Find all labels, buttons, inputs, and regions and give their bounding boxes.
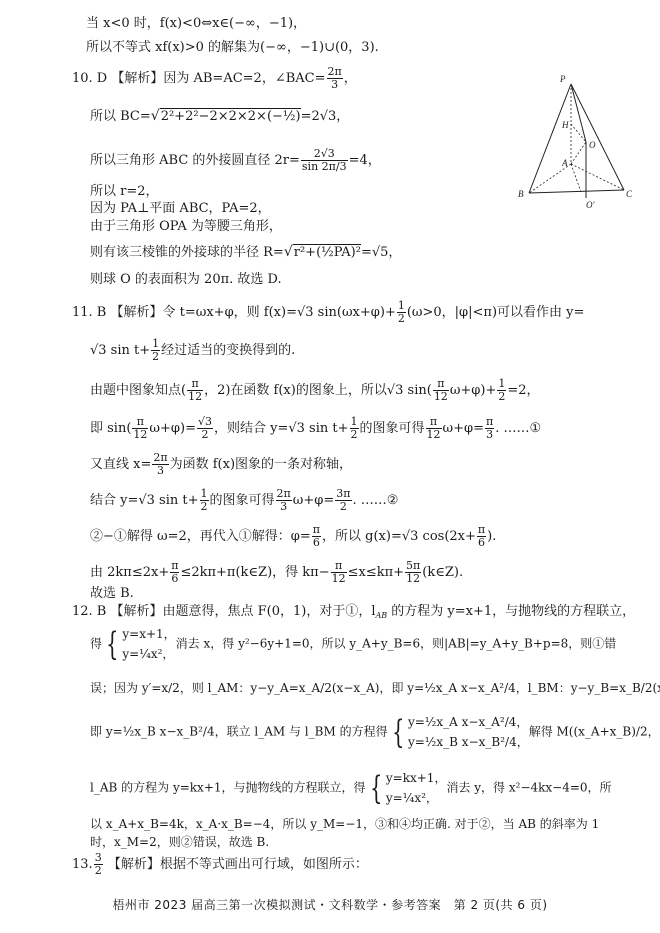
text: ≤x≤kπ+ — [348, 565, 404, 580]
q12-line2: 得{y=x+1，y=¼x²，消去 x，得 y²−6y+1=0，所以 y_A+y_… — [90, 624, 616, 664]
fraction: π12 — [433, 378, 449, 403]
equation-system: y=x+1，y=¼x²， — [122, 624, 175, 664]
text: 则有该三棱锥的外接球的半径 R= — [90, 245, 284, 260]
q11-line7: ②−①解得 ω=2，再代入①解得：φ=π6，所以 g(x)=√3 cos(2x+… — [90, 524, 496, 549]
fraction: 12 — [151, 338, 160, 363]
q11-line8: 由 2kπ≤2x+π6≤2kπ+π(k∈Z)，得 kπ−π12≤x≤kπ+5π1… — [90, 560, 463, 585]
q10-header: 10. D 【解析】因为 AB=AC=2，∠BAC=2π3， — [72, 66, 357, 91]
text-line: 当 x<0 时，f(x)<0⇔x∈(−∞，−1)， — [86, 16, 306, 32]
text-line: 由于三角形 OPA 为等腰三角形， — [90, 219, 282, 235]
text: (ω>0，|φ|<π)可以看作由 y= — [407, 305, 585, 320]
fraction: π6 — [477, 524, 486, 549]
question-number: 13. — [72, 857, 93, 872]
text-line: 以 x_A+x_B=4k，x_A·x_B=−4，所以 y_M=−1，③和④均正确… — [90, 816, 599, 832]
fraction: π12 — [132, 416, 148, 441]
fraction: 3π2 — [335, 488, 351, 513]
svg-text:O: O — [589, 140, 596, 150]
text: 结合 y=√3 sin t+ — [90, 493, 199, 508]
subscript: AB — [376, 611, 388, 620]
svg-text:H: H — [561, 120, 569, 130]
fraction: π3 — [485, 416, 494, 441]
q10-radius: 则有该三棱锥的外接球的半径 R=√r²+(½PA)²=√5， — [90, 244, 401, 261]
svg-text:O′: O′ — [586, 200, 595, 210]
text: 的图象可得 — [210, 493, 275, 508]
q13-header: 13.32 【解析】根据不等式画出可行域，如图所示： — [72, 852, 368, 877]
text: ). — [487, 529, 496, 544]
text: (k∈Z). — [422, 565, 463, 580]
text: ，所以 g(x)=√3 cos(2x+ — [322, 529, 476, 544]
fraction: π12 — [331, 560, 347, 585]
text: 解得 M((x_A+x_B)/2，(x_A·x_B)/4). 设 — [529, 725, 660, 739]
text: l_AB 的方程为 y=kx+1，与抛物线的方程联立，得 — [90, 781, 366, 795]
fraction: π12 — [426, 416, 442, 441]
text: 消去 x，得 y²−6y+1=0，所以 y_A+y_B=6，则|AB|=y_A+… — [176, 637, 617, 651]
text: ②−①解得 ω=2，再代入①解得：φ= — [90, 529, 311, 544]
text: 12. B 【解析】由题意得，焦点 F(0，1)，对于①，l — [72, 604, 376, 619]
fraction: 12 — [350, 416, 359, 441]
fraction: π12 — [187, 378, 203, 403]
text-line: 则球 O 的表面积为 20π. 故选 D. — [90, 272, 282, 288]
text: 所以三角形 ABC 的外接圆直径 2r= — [90, 153, 300, 168]
svg-text:A: A — [561, 158, 568, 168]
q12-line5: l_AB 的方程为 y=kx+1，与抛物线的方程联立，得{y=kx+1，y=¼x… — [90, 768, 612, 808]
text: √3 sin t+ — [90, 343, 150, 358]
equation-system: y=½x_A x−x_A²/4，y=½x_B x−x_B²/4， — [408, 712, 529, 752]
text: 的图象可得 — [360, 421, 425, 436]
text: . ……② — [353, 493, 399, 508]
fraction: 12 — [497, 378, 506, 403]
fraction: 2π3 — [152, 452, 168, 477]
fraction: 2π3 — [327, 66, 343, 91]
fraction: 12 — [200, 488, 209, 513]
svg-text:B: B — [518, 189, 524, 199]
text: 又直线 x= — [90, 457, 151, 472]
text: 即 sin( — [90, 421, 131, 436]
radicand: r²+(½PA)² — [293, 244, 361, 260]
text: 【解析】根据不等式画出可行域，如图所示： — [108, 857, 368, 872]
q11-line6: 结合 y=√3 sin t+12的图象可得2π3ω+φ=3π2. ……② — [90, 488, 398, 513]
q11-line5: 又直线 x=2π3为函数 f(x)图象的一条对称轴， — [90, 452, 352, 477]
q10-label: 10. D 【解析】因为 AB=AC=2，∠BAC= — [72, 71, 326, 86]
q12-header: 12. B 【解析】由题意得，焦点 F(0，1)，对于①，lAB 的方程为 y=… — [72, 604, 635, 624]
text-line: 时，x_M=2，则②错误，故选 B. — [90, 834, 269, 850]
radicand: 2²+2²−2×2×2×(−½) — [160, 108, 301, 124]
text: =2√3， — [301, 109, 350, 124]
fraction: π6 — [312, 524, 321, 549]
text: 由题中图象知点( — [90, 383, 186, 398]
text: 由 2kπ≤2x+ — [90, 565, 169, 580]
text: 得 — [90, 637, 102, 651]
q11-line3: 由题中图象知点(π12，2)在函数 f(x)的图象上，所以√3 sin(π12ω… — [90, 378, 540, 403]
text: ω+φ= — [443, 421, 485, 436]
fraction: π6 — [170, 560, 179, 585]
q12-line3: 误；因为 y′=x/2，则 l_AM：y−y_A=x_A/2(x−x_A)，即 … — [90, 680, 660, 696]
q11-line2: √3 sin t+12经过适当的变换得到的. — [90, 338, 295, 363]
svg-text:P: P — [559, 74, 566, 84]
text: ，2)在函数 f(x)的图象上，所以√3 sin( — [204, 383, 432, 398]
text: =√5， — [361, 245, 401, 260]
page-footer: 梧州市 2023 届高三第一次模拟测试・文科数学・参考答案 第 2 页(共 6 … — [0, 896, 660, 913]
text-line: 因为 PA⊥平面 ABC，PA=2， — [90, 201, 271, 217]
text: ，则结合 y=√3 sin t+ — [214, 421, 349, 436]
text: ω+φ)= — [149, 421, 196, 436]
fraction: 2√3sin 2π/3 — [301, 148, 348, 173]
svg-text:C: C — [626, 189, 633, 199]
text: 所以 BC= — [90, 109, 151, 124]
q12-line4: 即 y=½x_B x−x_B²/4，联立 l_AM 与 l_BM 的方程得{y=… — [90, 712, 660, 752]
text-line: 故选 B. — [90, 586, 134, 602]
q10-diameter: 所以三角形 ABC 的外接圆直径 2r=2√3sin 2π/3=4， — [90, 148, 381, 173]
fraction: 2π3 — [276, 488, 292, 513]
text-line: 所以不等式 xf(x)>0 的解集为(−∞，−1)∪(0，3). — [86, 40, 379, 56]
text: =4， — [349, 153, 381, 168]
text: . ……① — [495, 421, 541, 436]
text: ≤2kπ+π(k∈Z)，得 kπ− — [180, 565, 329, 580]
text: ω+φ)+ — [450, 383, 497, 398]
fraction: √32 — [197, 416, 213, 441]
text: =2， — [507, 383, 539, 398]
text: 11. B 【解析】令 t=ωx+φ，则 f(x)=√3 sin(ωx+φ)+ — [72, 305, 396, 320]
text-line: 所以 r=2， — [90, 184, 159, 200]
text: 经过适当的变换得到的. — [161, 343, 295, 358]
text: ω+φ= — [293, 493, 335, 508]
pyramid-figure: P H O A B C O′ — [500, 68, 650, 218]
text: 即 y=½x_B x−x_B²/4，联立 l_AM 与 l_BM 的方程得 — [90, 725, 388, 739]
q10-bc: 所以 BC=√2²+2²−2×2×2×(−½)=2√3， — [90, 108, 349, 125]
text: 消去 y，得 x²−4kx−4=0，所 — [446, 781, 611, 795]
fraction: 12 — [397, 300, 406, 325]
equation-system: y=kx+1，y=¼x²， — [386, 768, 447, 808]
fraction: 32 — [94, 852, 103, 877]
q11-line4: 即 sin(π12ω+φ)=√32，则结合 y=√3 sin t+12的图象可得… — [90, 416, 541, 441]
q11-header: 11. B 【解析】令 t=ωx+φ，则 f(x)=√3 sin(ωx+φ)+1… — [72, 300, 584, 325]
fraction: 5π12 — [405, 560, 421, 585]
text: 的方程为 y=x+1，与抛物线的方程联立， — [387, 604, 635, 619]
text: 为函数 f(x)图象的一条对称轴， — [170, 457, 352, 472]
